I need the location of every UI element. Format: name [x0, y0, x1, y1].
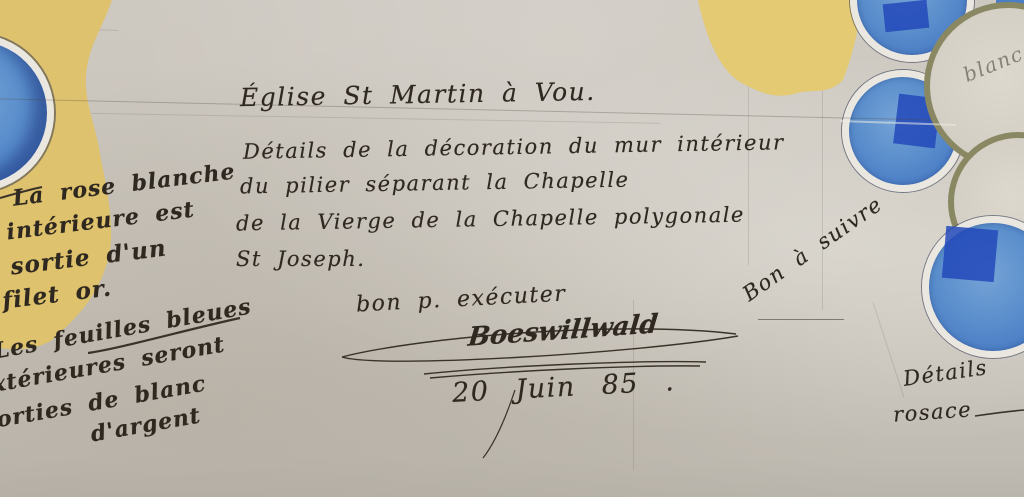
- manuscript-photo: blanc Église St Martin à Vou. Détails de…: [0, 0, 1024, 497]
